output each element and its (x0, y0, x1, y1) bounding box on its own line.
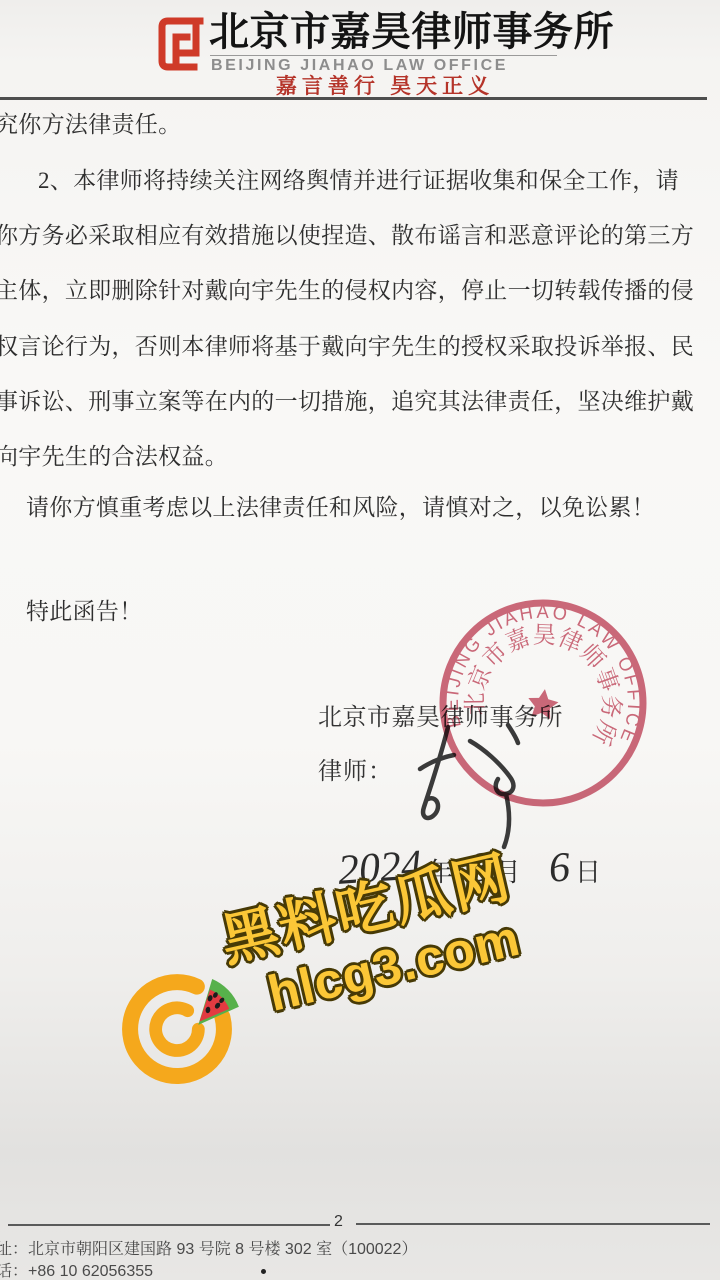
footer-address: 址：北京市朝阳区建国路 93 号院 8 号楼 302 室（100022） (0, 1236, 417, 1259)
watermelon-logo-icon (113, 963, 241, 1091)
footer-rule-left (8, 1224, 330, 1226)
date-day-suffix: 日 (575, 852, 601, 889)
stamp-star-icon (526, 687, 560, 720)
page-number: 2 (334, 1213, 343, 1231)
title-underline (210, 55, 557, 56)
lawyer-label: 律师： (318, 751, 393, 786)
body-line: 主体，立即删除针对戴向宇先生的侵权内容，停止一切转载传播的侵 (0, 276, 715, 306)
ink-speck (261, 1269, 266, 1274)
body-line: 权言论行为，否则本律师将基于戴向宇先生的授权采取投诉举报、民 (0, 332, 715, 362)
body-line: 究你方法律责任。 (0, 110, 715, 140)
firm-title: 北京市嘉昊律师事务所 (209, 10, 614, 54)
body-line: 请你方慎重考虑以上法律责任和风险，请慎对之，以免讼累！ (26, 493, 720, 523)
header-divider (0, 97, 707, 100)
law-office-stamp: BEIJING JIAHAO LAW OFFICE 北京市嘉昊律师事务所 (433, 593, 653, 813)
firm-motto: 嘉言善行 昊天正义 (212, 70, 558, 100)
jiahao-seal-logo-icon (156, 13, 204, 75)
footer-phone: 话：+86 10 62056355 (0, 1258, 153, 1280)
footer-rule-right (356, 1223, 710, 1225)
body-line: 事诉讼、刑事立案等在内的一切措施，追究其法律责任，坚决维护戴 (0, 387, 715, 417)
body-line: 向宇先生的合法权益。 (0, 442, 715, 472)
body-line: 你方务必采取相应有效措施以使捏造、散布谣言和恶意评论的第三方 (0, 221, 715, 251)
document-page: 北京市嘉昊律师事务所 BEIJING JIAHAO LAW OFFICE 嘉言善… (0, 0, 720, 1280)
body-line: 2、本律师将持续关注网络舆情并进行证据收集和保全工作，请 (38, 166, 720, 196)
